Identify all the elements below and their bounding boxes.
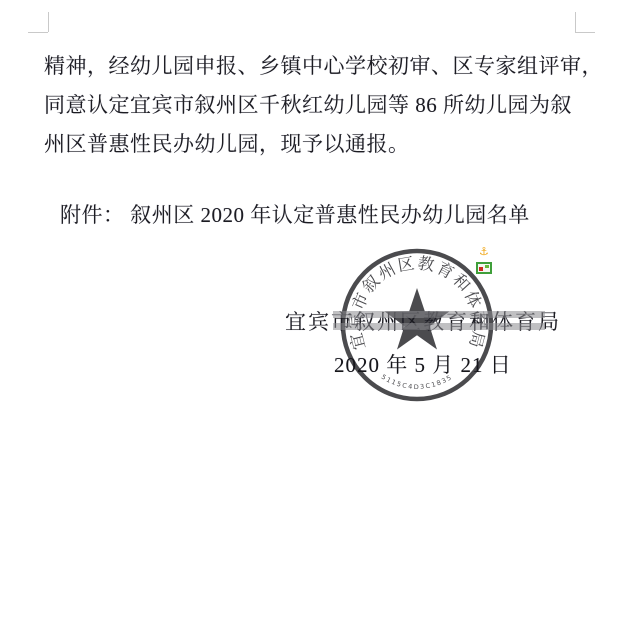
body-line: 同意认定宜宾市叙州区千秋红幼儿园等 86 所幼儿园为叙 bbox=[44, 86, 604, 125]
issue-date: 2020 年 5 月 21 日 bbox=[334, 349, 512, 379]
scan-artifact-band bbox=[333, 323, 545, 330]
text-boundary-mark-top-left bbox=[28, 12, 49, 33]
document-page: 精神，经幼儿园申报、乡镇中心学校初审、区专家组评审， 同意认定宜宾市叙州区千秋红… bbox=[0, 0, 639, 640]
body-line: 州区普惠性民办幼儿园，现予以通报。 bbox=[44, 125, 604, 164]
body-line: 精神，经幼儿园申报、乡镇中心学校初审、区专家组评审， bbox=[44, 47, 604, 86]
body-paragraph: 精神，经幼儿园申报、乡镇中心学校初审、区专家组评审， 同意认定宜宾市叙州区千秋红… bbox=[44, 47, 604, 164]
attachment-line: 附件： 叙州区 2020 年认定普惠性民办幼儿园名单 bbox=[60, 199, 530, 229]
scan-artifact-band bbox=[333, 311, 545, 318]
text-boundary-mark-top-right bbox=[575, 12, 596, 33]
anchor-icon: ⚓ bbox=[479, 246, 489, 258]
picture-marker-icon bbox=[476, 262, 492, 274]
